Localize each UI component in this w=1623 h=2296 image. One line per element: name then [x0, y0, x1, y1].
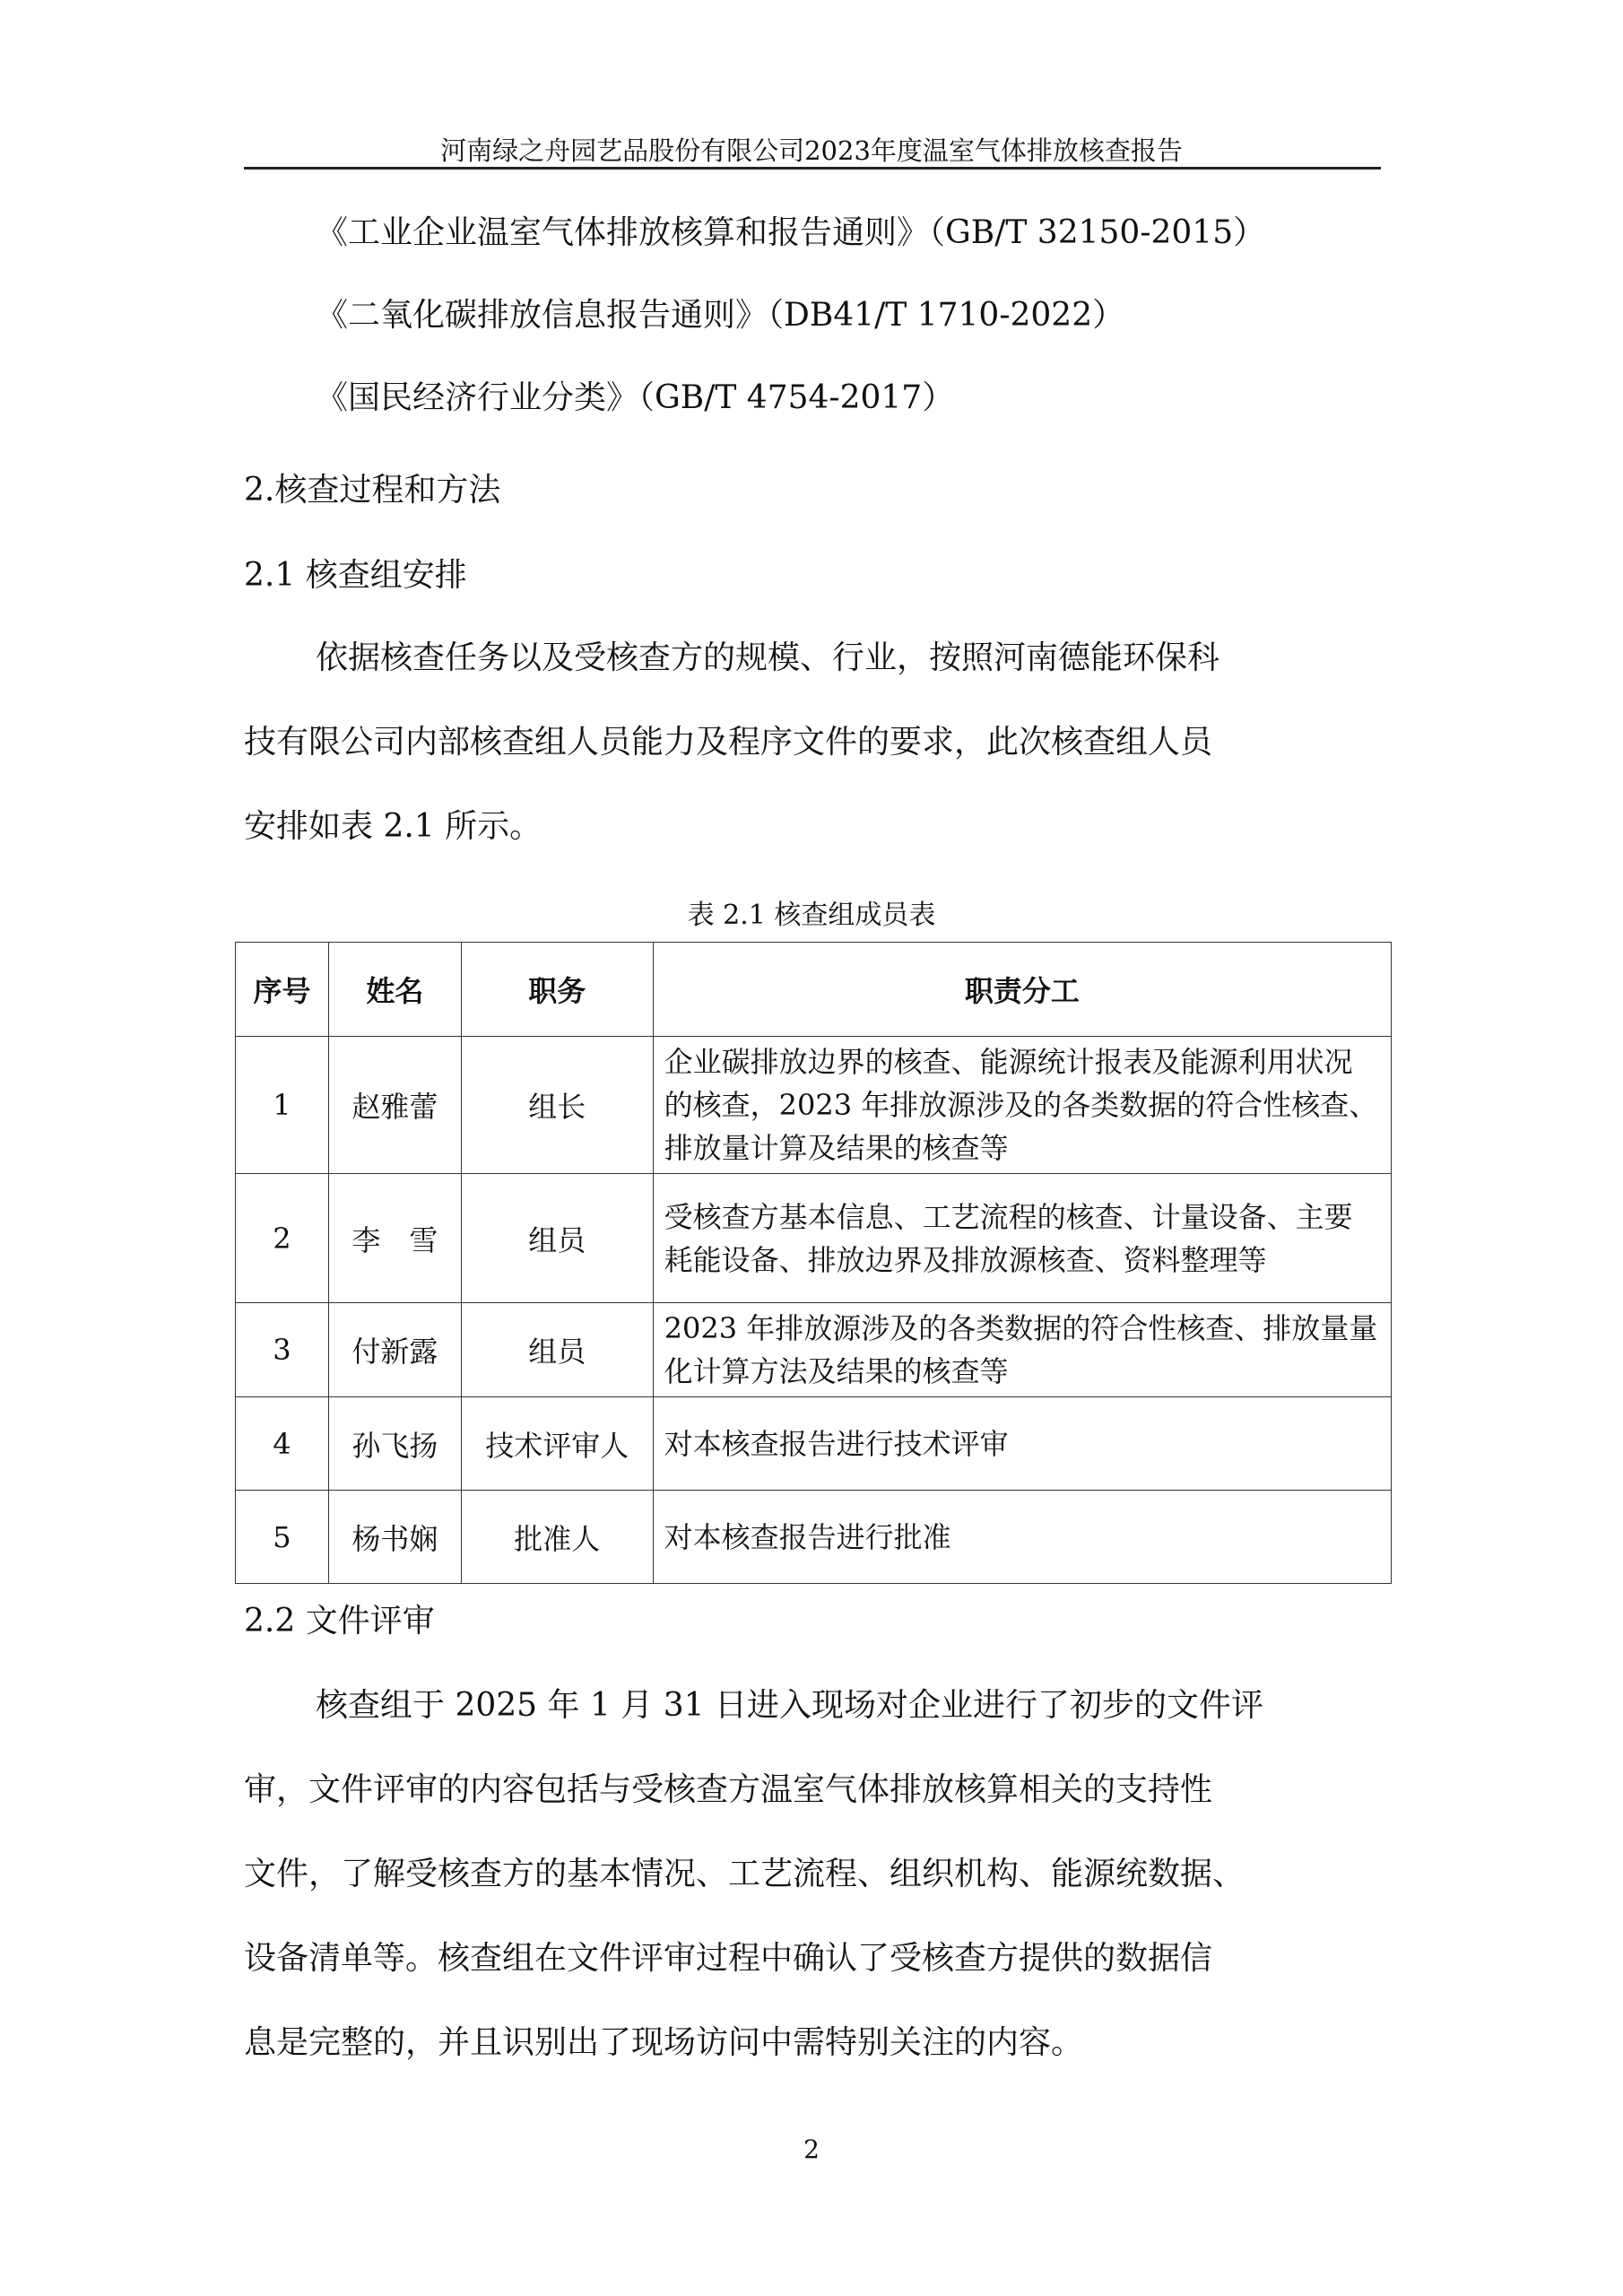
paragraph-line: 核查组于 2025 年 1 月 31 日进入现场对企业进行了初步的文件评 [316, 1686, 1263, 1726]
cell-duty: 2023 年排放源涉及的各类数据的符合性核查、排放量量化计算方法及结果的核查等 [653, 1303, 1391, 1397]
cell-no: 2 [236, 1174, 329, 1303]
table-row: 5 杨书娴 批准人 对本核查报告进行批准 [236, 1491, 1392, 1584]
reference-standard: 《工业企业温室气体排放核算和报告通则》（GB/T 32150-2015） [316, 213, 1265, 253]
table-row: 1 赵雅蕾 组长 企业碳排放边界的核查、能源统计报表及能源利用状况的核查，202… [236, 1037, 1392, 1174]
paragraph-line: 技有限公司内部核查组人员能力及程序文件的要求，此次核查组人员 [244, 723, 1212, 762]
team-member-table: 序号 姓名 职务 职责分工 1 赵雅蕾 组长 企业碳排放边界的核查、能源统计报表… [235, 942, 1392, 1584]
cell-role: 组员 [461, 1174, 653, 1303]
cell-duty: 受核查方基本信息、工艺流程的核查、计量设备、主要耗能设备、排放边界及排放源核查、… [653, 1174, 1391, 1303]
subsection-heading: 2.2 文件评审 [244, 1602, 435, 1641]
paragraph-line: 安排如表 2.1 所示。 [244, 807, 542, 847]
paragraph-line: 息是完整的，并且识别出了现场访问中需特别关注的内容。 [244, 2023, 1083, 2063]
cell-role: 组长 [461, 1037, 653, 1174]
cell-role: 批准人 [461, 1491, 653, 1584]
table-header-row: 序号 姓名 职务 职责分工 [236, 943, 1392, 1037]
paragraph-line: 审，文件评审的内容包括与受核查方温室气体排放核算相关的支持性 [244, 1770, 1212, 1810]
reference-standard: 《国民经济行业分类》（GB/T 4754-2017） [316, 378, 954, 418]
subsection-heading: 2.1 核查组安排 [244, 556, 467, 596]
cell-name: 杨书娴 [328, 1491, 461, 1584]
paragraph-line: 依据核查任务以及受核查方的规模、行业，按照河南德能环保科 [316, 639, 1219, 678]
table-row: 3 付新露 组员 2023 年排放源涉及的各类数据的符合性核查、排放量量化计算方… [236, 1303, 1392, 1397]
table-row: 4 孙飞扬 技术评审人 对本核查报告进行技术评审 [236, 1397, 1392, 1491]
table-row: 2 李 雪 组员 受核查方基本信息、工艺流程的核查、计量设备、主要耗能设备、排放… [236, 1174, 1392, 1303]
cell-duty: 对本核查报告进行批准 [653, 1491, 1391, 1584]
cell-role: 组员 [461, 1303, 653, 1397]
cell-duty: 对本核查报告进行技术评审 [653, 1397, 1391, 1491]
section-heading: 2.核查过程和方法 [244, 471, 500, 510]
cell-no: 4 [236, 1397, 329, 1491]
column-header-duty: 职责分工 [653, 943, 1391, 1037]
cell-no: 5 [236, 1491, 329, 1584]
column-header-no: 序号 [236, 943, 329, 1037]
cell-no: 1 [236, 1037, 329, 1174]
page-number: 2 [0, 2135, 1623, 2164]
column-header-name: 姓名 [328, 943, 461, 1037]
paragraph-line: 设备清单等。核查组在文件评审过程中确认了受核查方提供的数据信 [244, 1939, 1212, 1979]
cell-name: 孙飞扬 [328, 1397, 461, 1491]
cell-duty: 企业碳排放边界的核查、能源统计报表及能源利用状况的核查，2023 年排放源涉及的… [653, 1037, 1391, 1174]
cell-no: 3 [236, 1303, 329, 1397]
table-caption: 表 2.1 核查组成员表 [0, 892, 1623, 932]
running-header-title: 河南绿之舟园艺品股份有限公司2023年度温室气体排放核查报告 [0, 131, 1623, 168]
cell-role: 技术评审人 [461, 1397, 653, 1491]
paragraph-line: 文件，了解受核查方的基本情况、工艺流程、组织机构、能源统数据、 [244, 1855, 1245, 1894]
cell-name: 赵雅蕾 [328, 1037, 461, 1174]
reference-standard: 《二氧化碳排放信息报告通则》（DB41/T 1710-2022） [316, 296, 1124, 335]
header-divider [244, 167, 1381, 170]
column-header-role: 职务 [461, 943, 653, 1037]
cell-name: 李 雪 [328, 1174, 461, 1303]
cell-name: 付新露 [328, 1303, 461, 1397]
